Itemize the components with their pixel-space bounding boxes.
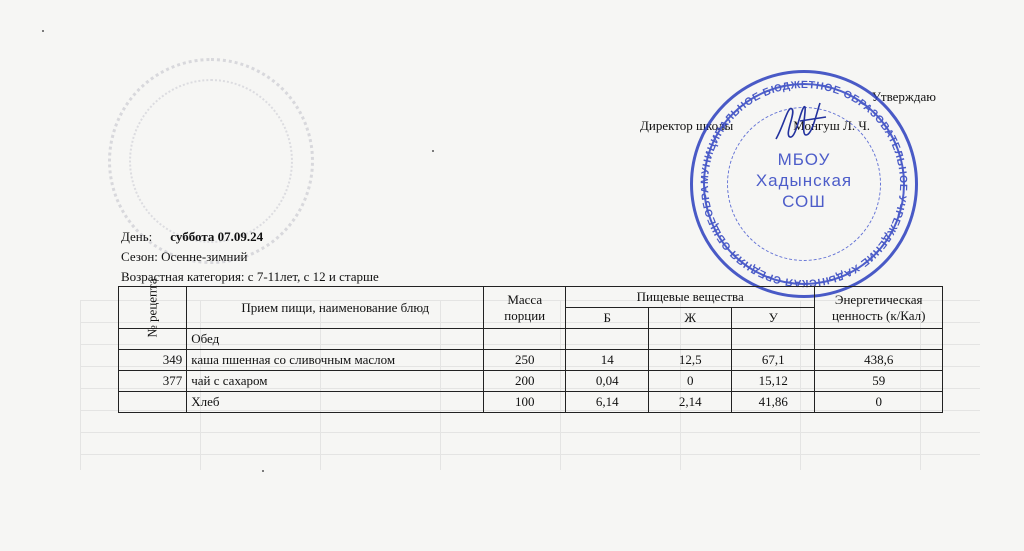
protein: 14	[566, 350, 649, 371]
mass: 200	[484, 371, 566, 392]
header-protein: Б	[566, 308, 649, 329]
recipe-no: 377	[119, 371, 187, 392]
fat: 2,14	[649, 392, 732, 413]
carbs: 67,1	[732, 350, 815, 371]
header-nutrients: Пищевые вещества	[566, 287, 815, 308]
section-title: Обед	[187, 329, 484, 350]
mass: 250	[484, 350, 566, 371]
header-dish: Прием пищи, наименование блюд	[187, 287, 484, 329]
recipe-no: 349	[119, 350, 187, 371]
menu-table: № рецепта Прием пищи, наименование блюд …	[118, 286, 943, 413]
table-row: Хлеб 100 6,14 2,14 41,86 0	[119, 392, 943, 413]
day-value: суббота 07.09.24	[170, 229, 263, 244]
protein: 0,04	[566, 371, 649, 392]
scan-speck	[42, 30, 44, 32]
mass: 100	[484, 392, 566, 413]
scan-speck	[432, 150, 434, 152]
fat: 0	[649, 371, 732, 392]
stamp-center-text: МБОУ Хадынская СОШ	[693, 149, 915, 212]
header-fat: Ж	[649, 308, 732, 329]
carbs: 41,86	[732, 392, 815, 413]
header-energy: Энергетическая ценность (к/Кал)	[815, 287, 943, 329]
header-recipe-no: № рецепта	[119, 287, 187, 329]
table-header-row: № рецепта Прием пищи, наименование блюд …	[119, 287, 943, 308]
recipe-no	[119, 392, 187, 413]
header-carbs: У	[732, 308, 815, 329]
scan-speck	[262, 470, 264, 472]
dish-name: каша пшенная со сливочным маслом	[187, 350, 484, 371]
age-category-line: Возрастная категория: с 7-11лет, с 12 и …	[121, 269, 379, 285]
signature-icon	[770, 95, 830, 155]
day-line: День:суббота 07.09.24	[121, 229, 263, 245]
table-row: 377 чай с сахаром 200 0,04 0 15,12 59	[119, 371, 943, 392]
fat: 12,5	[649, 350, 732, 371]
dish-name: чай с сахаром	[187, 371, 484, 392]
energy: 438,6	[815, 350, 943, 371]
protein: 6,14	[566, 392, 649, 413]
header-mass: Масса порции	[484, 287, 566, 329]
dish-name: Хлеб	[187, 392, 484, 413]
day-label: День:	[121, 229, 152, 244]
energy: 59	[815, 371, 943, 392]
table-row: 349 каша пшенная со сливочным маслом 250…	[119, 350, 943, 371]
season-line: Сезон: Осенне-зимний	[121, 249, 247, 265]
carbs: 15,12	[732, 371, 815, 392]
section-row: Обед	[119, 329, 943, 350]
energy: 0	[815, 392, 943, 413]
